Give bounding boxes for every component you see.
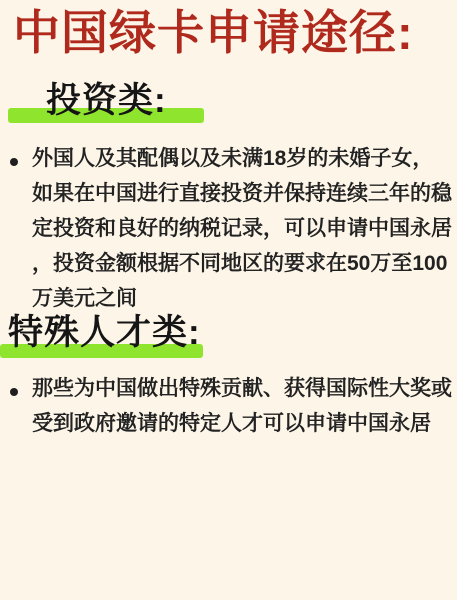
section-heading-investment: 投资类: [46,83,167,118]
bullet-text-special-talent: 那些为中国做出特殊贡献、获得国际性大奖或受到政府邀请的特定人才可以申请中国永居 [32,371,452,441]
section-heading-special-talent: 特殊人才类: [8,315,201,350]
page-title: 中国绿卡申请途径: [13,6,414,60]
infographic-page: 中国绿卡申请途径: 投资类: 外国人及其配偶以及未满18岁的未婚子女，如果在中国… [0,0,457,600]
bullet-dot [10,388,18,396]
bullet-dot [10,158,18,166]
bullet-text-investment: 外国人及其配偶以及未满18岁的未婚子女，如果在中国进行直接投资并保持连续三年的稳… [32,141,452,316]
